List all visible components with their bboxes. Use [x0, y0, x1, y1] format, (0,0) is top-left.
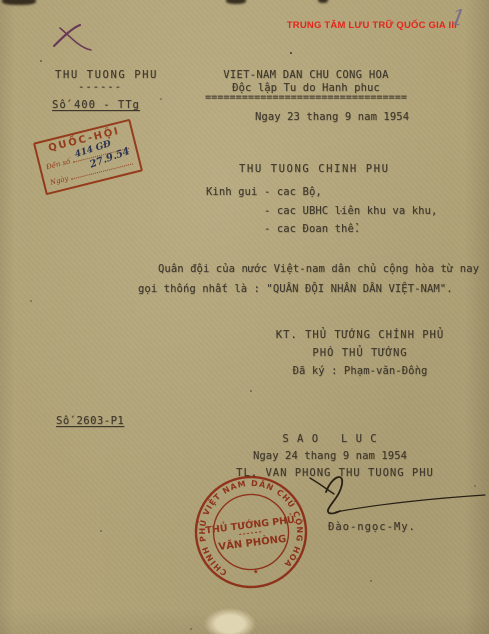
office-round-stamp: CHÍNH PHỦ VIỆT NAM DÂN CHỦ CỘNG HÒA THỦ …	[186, 467, 315, 596]
salutation: Kinh gui	[206, 183, 257, 201]
document-date: Ngay 23 thang 9 nam 1954	[255, 108, 409, 126]
copy-signer-name: Đào-ngọc-My.	[328, 518, 416, 536]
recipient-line: - cac UBHC liên khu va khu,	[264, 202, 437, 220]
recipient-line: - cac Đoan thể.	[264, 220, 360, 238]
receipt-stamp-date-label: Ngày	[49, 175, 69, 187]
scan-edge-artifact	[2, 0, 36, 5]
scan-edge-artifact	[226, 0, 246, 4]
scanned-document-page: TRUNG TÂM LƯU TRỮ QUỐC GIA III 1 THU TUO…	[0, 0, 489, 634]
archive-center-label: TRUNG TÂM LƯU TRỮ QUỐC GIA III	[287, 20, 457, 31]
body-paragraph-line2: gọi thống nhất là : "QUÂN ĐỘI NHÂN DÂN V…	[138, 280, 453, 298]
office-dashes: ------	[78, 78, 122, 96]
handwritten-page-number: 1	[449, 5, 467, 32]
receipt-stamp-quoc-hoi: QUỐC-HỘI Đến số Ngày 414 GĐ 27.9.54	[33, 119, 143, 196]
recipient-line: - cac Bộ,	[264, 183, 322, 201]
signed-by-line: Đã ký : Phạm-văn-Đồng	[268, 362, 452, 380]
sender-title: THU TUONG CHINH PHU	[239, 160, 390, 178]
copy-title: S A O L U C	[230, 430, 430, 448]
copy-document-number: Số 2603-P1	[56, 412, 124, 430]
copy-date: Ngay 24 thang 9 nam 1954	[230, 447, 430, 465]
signer-title-line2: PHÓ THỦ TƯỚNG	[268, 344, 452, 362]
paper-specks	[40, 60, 42, 62]
handwritten-x-mark	[50, 22, 94, 52]
paper-damage-spot	[204, 608, 256, 634]
letterhead-divider: =================================	[203, 89, 409, 107]
signer-title-line1: KT. THỦ TƯỚNG CHÍNH PHỦ	[268, 326, 452, 344]
stamp-star: ★	[253, 566, 260, 577]
stamp-center-line1: THỦ TƯỚNG PHỦ	[205, 513, 296, 537]
document-number: Số 400 - TTg	[52, 96, 140, 114]
scan-edge-artifact	[318, 0, 328, 3]
body-paragraph-line1: Quân đội của nước Việt-nam dân chủ cộng …	[158, 260, 479, 278]
stamp-center-line2: VĂN PHÒNG	[218, 532, 287, 553]
